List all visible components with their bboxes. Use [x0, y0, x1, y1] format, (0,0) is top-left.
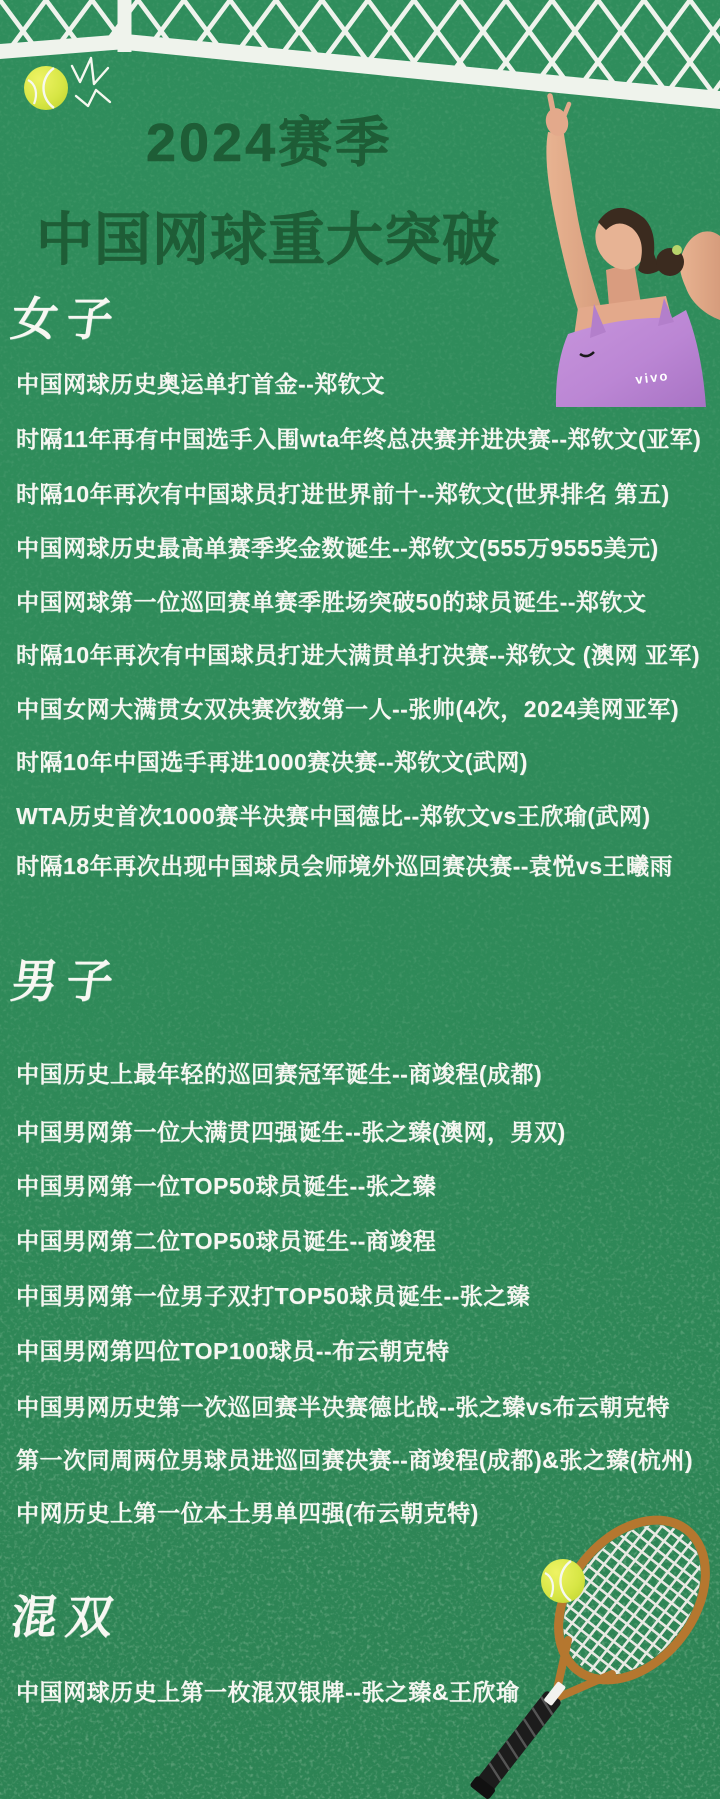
achievement-line: 时隔11年再有中国选手入围wta年终总决赛并进决赛--郑钦文(亚军)	[16, 421, 701, 454]
achievement-line: 中国男网第一位男子双打TOP50球员诞生--张之臻	[16, 1278, 530, 1311]
achievement-line: 时隔10年再次有中国球员打进大满贯单打决赛--郑钦文 (澳网 亚军)	[16, 637, 700, 670]
section-header-women: 女子	[7, 283, 126, 349]
tennis-racket-icon	[440, 1500, 720, 1799]
achievement-line: 中国网球历史最高单赛季奖金数诞生--郑钦文(555万9555美元)	[16, 530, 659, 563]
achievement-line: 中国女网大满贯女双决赛次数第一人--张帅(4次，2024美网亚军)	[16, 691, 679, 724]
section-header-men: 男子	[7, 945, 126, 1011]
achievement-line: WTA历史首次1000赛半决赛中国德比--郑钦文vs王欣瑜(武网)	[16, 798, 651, 831]
achievement-line: 中国男网第一位大满贯四强诞生--张之臻(澳网，男双)	[16, 1114, 566, 1147]
achievement-line: 中国男网第一位TOP50球员诞生--张之臻	[16, 1168, 436, 1201]
player-hand	[543, 96, 571, 138]
page-title-line1: 2024赛季	[146, 100, 392, 177]
achievement-line: 时隔10年再次有中国球员打进世界前十--郑钦文(世界排名 第五)	[16, 476, 670, 509]
achievement-line: 时隔18年再次出现中国球员会师境外巡回赛决赛--袁悦vs王曦雨	[16, 848, 673, 881]
achievement-line: 时隔10年中国选手再进1000赛决赛--郑钦文(武网)	[16, 744, 528, 777]
section-header-mixed: 混双	[7, 1581, 126, 1647]
player-left-arm	[680, 231, 720, 320]
achievement-line: 中国历史上最年轻的巡回赛冠军诞生--商竣程(成都)	[16, 1056, 542, 1089]
achievement-line: 中国网球历史奥运单打首金--郑钦文	[16, 366, 385, 399]
achievement-line: 第一次同周两位男球员进巡回赛决赛--商竣程(成都)&张之臻(杭州)	[16, 1442, 693, 1475]
tennis-ball-on-racket-icon	[541, 1559, 585, 1603]
net-post	[118, 0, 132, 52]
player-hair-tie	[672, 245, 682, 255]
player-photo: vivo	[430, 92, 720, 407]
achievement-line: 中网历史上第一位本土男单四强(布云朝克特)	[16, 1495, 479, 1528]
achievement-line: 中国男网第四位TOP100球员--布云朝克特	[16, 1333, 450, 1366]
tennis-ball-icon	[14, 52, 134, 116]
achievement-line: 中国男网历史第一次巡回赛半决赛德比战--张之臻vs布云朝克特	[16, 1389, 670, 1422]
achievement-line: 中国男网第二位TOP50球员诞生--商竣程	[16, 1223, 436, 1256]
racket-grip	[469, 1688, 564, 1799]
player-raised-arm	[546, 132, 606, 322]
achievement-line: 中国网球第一位巡回赛单赛季胜场突破50的球员诞生--郑钦文	[16, 584, 646, 617]
poster-root: 2024赛季 中国网球重大突破	[0, 0, 720, 1799]
impact-doodle-icon	[72, 58, 110, 106]
